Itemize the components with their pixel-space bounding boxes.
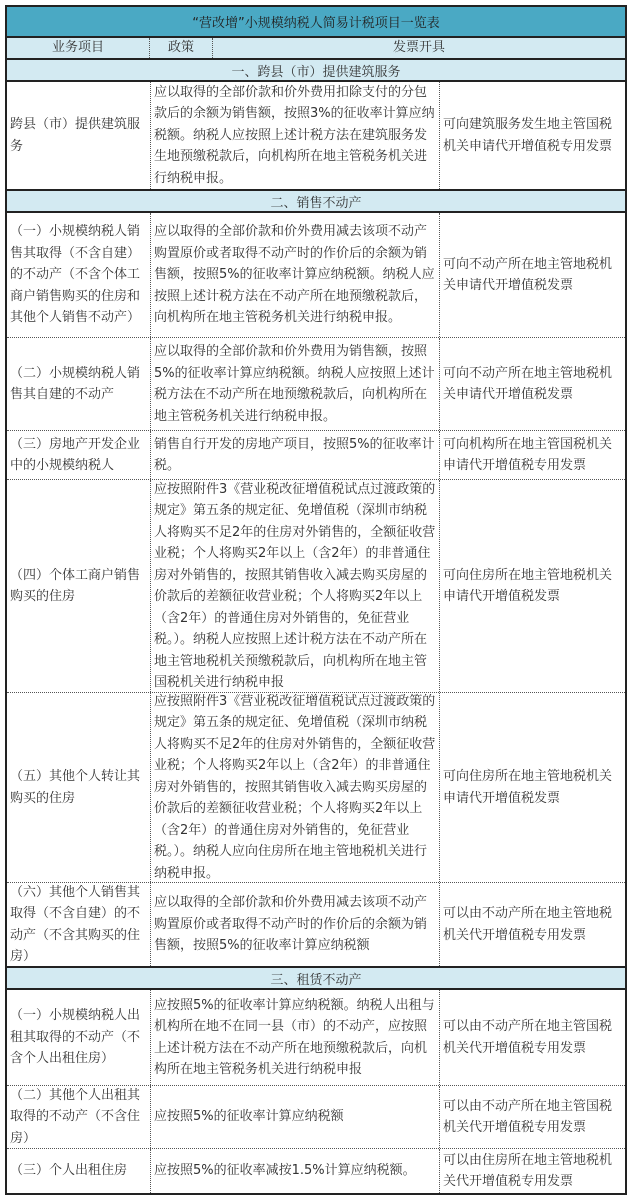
policy-cell: 应按照5%的征收率减按1.5%计算应纳税额。 — [150, 1149, 439, 1193]
table-row: （六）其他个人销售其取得（不含自建）的不动产（不含其购买的住房） 应以取得的全部… — [7, 882, 625, 966]
invoice-cell: 可以由住房所在地主管地税机关代开增值税专用发票 — [439, 1149, 625, 1193]
policy-cell: 应按照附件3《营业税改征增值税试点过渡政策的规定》第五条的规定征、免增值税（深圳… — [150, 693, 439, 882]
item-cell: （四）个体工商户销售购买的住房 — [7, 480, 150, 692]
section-title: 三、租赁不动产 — [270, 969, 361, 988]
policy-cell: 应以取得的全部价款和价外费用为销售额，按照5%的征收率计算应纳税额。纳税人应按照… — [150, 338, 439, 430]
table-row: （一）小规模纳税人出租其取得的不动产（不含个人出租住房） 应按照5%的征收率计算… — [7, 988, 625, 1085]
policy-cell: 应按照5%的征收率计算应纳税额。纳税人出租与机构所在地不在同一县（市）的不动产，… — [150, 990, 439, 1085]
item-cell: （三）房地产开发企业中的小规模纳税人 — [7, 431, 150, 479]
table-title-row: “营改增”小规模纳税人简易计税项目一览表 — [7, 7, 625, 36]
section-header: 二、销售不动产 — [7, 189, 625, 211]
invoice-cell: 可向住房所在地主管地税机关申请代开增值税发票 — [439, 480, 625, 692]
section-header: 三、租赁不动产 — [7, 966, 625, 988]
policy-cell: 应按照5%的征收率计算应纳税额 — [150, 1086, 439, 1148]
tax-table: “营改增”小规模纳税人简易计税项目一览表 业务项目 政策 发票开具 一、跨县（市… — [5, 5, 627, 1195]
table-header-row: 业务项目 政策 发票开具 — [7, 36, 625, 58]
item-cell: 跨县（市）提供建筑服务 — [7, 82, 150, 189]
item-cell: （二）其他个人出租其取得的不动产（不含住房） — [7, 1086, 150, 1148]
header-policy: 政策 — [149, 38, 212, 58]
table-row: （三）个人出租住房 应按照5%的征收率减按1.5%计算应纳税额。 可以由住房所在… — [7, 1148, 625, 1193]
policy-cell: 应按照附件3《营业税改征增值税试点过渡政策的规定》第五条的规定征、免增值税（深圳… — [150, 480, 439, 692]
section-title: 一、跨县（市）提供建筑服务 — [231, 61, 400, 80]
section-header: 一、跨县（市）提供建筑服务 — [7, 58, 625, 80]
table-row: （一）小规模纳税人销售其取得（不含自建）的不动产（不含个体工商户销售购买的住房和… — [7, 211, 625, 337]
table-row: （三）房地产开发企业中的小规模纳税人 销售自行开发的房地产项目，按照5%的征收率… — [7, 430, 625, 479]
invoice-cell: 可向建筑服务发生地主管国税机关申请代开增值税专用发票 — [439, 82, 625, 189]
item-cell: （一）小规模纳税人销售其取得（不含自建）的不动产（不含个体工商户销售购买的住房和… — [7, 213, 150, 337]
table-row: （二）小规模纳税人销售其自建的不动产 应以取得的全部价款和价外费用为销售额，按照… — [7, 337, 625, 430]
item-cell: （一）小规模纳税人出租其取得的不动产（不含个人出租住房） — [7, 990, 150, 1085]
invoice-cell: 可向不动产所在地主管地税机关申请代开增值税发票 — [439, 213, 625, 337]
policy-cell: 应以取得的全部价款和价外费用减去该项不动产购置原价或者取得不动产时的作价后的余额… — [150, 883, 439, 966]
invoice-cell: 可以由不动产所在地主管地税机关代开增值税专用发票 — [439, 883, 625, 966]
item-cell: （六）其他个人销售其取得（不含自建）的不动产（不含其购买的住房） — [7, 883, 150, 966]
section-title: 二、销售不动产 — [270, 192, 361, 211]
item-cell: （二）小规模纳税人销售其自建的不动产 — [7, 338, 150, 430]
table-row: （五）其他个人转让其购买的住房 应按照附件3《营业税改征增值税试点过渡政策的规定… — [7, 692, 625, 882]
table-row: （四）个体工商户销售购买的住房 应按照附件3《营业税改征增值税试点过渡政策的规定… — [7, 479, 625, 692]
policy-cell: 销售自行开发的房地产项目，按照5%的征收率计税。 — [150, 431, 439, 479]
policy-cell: 应以取得的全部价款和价外费用减去该项不动产购置原价或者取得不动产时的作价后的余额… — [150, 213, 439, 337]
invoice-cell: 可以由不动产所在地主管国税机关代开增值税专用发票 — [439, 1086, 625, 1148]
invoice-cell: 可向不动产所在地主管地税机关申请代开增值税发票 — [439, 338, 625, 430]
invoice-cell: 可以由不动产所在地主管国税机关代开增值税专用发票 — [439, 990, 625, 1085]
table-row: （二）其他个人出租其取得的不动产（不含住房） 应按照5%的征收率计算应纳税额 可… — [7, 1085, 625, 1148]
invoice-cell: 可向住房所在地主管地税机关申请代开增值税发票 — [439, 693, 625, 882]
table-row: 跨县（市）提供建筑服务 应以取得的全部价款和价外费用扣除支付的分包款后的余额为销… — [7, 80, 625, 189]
policy-cell: 应以取得的全部价款和价外费用扣除支付的分包款后的余额为销售额，按照3%的征收率计… — [150, 82, 439, 189]
table-title: “营改增”小规模纳税人简易计税项目一览表 — [192, 12, 439, 31]
header-item: 业务项目 — [7, 38, 149, 58]
invoice-cell: 可向机构所在地主管国税机关申请代开增值税专用发票 — [439, 431, 625, 479]
item-cell: （五）其他个人转让其购买的住房 — [7, 693, 150, 882]
item-cell: （三）个人出租住房 — [7, 1149, 150, 1193]
header-invoice: 发票开具 — [212, 38, 625, 58]
